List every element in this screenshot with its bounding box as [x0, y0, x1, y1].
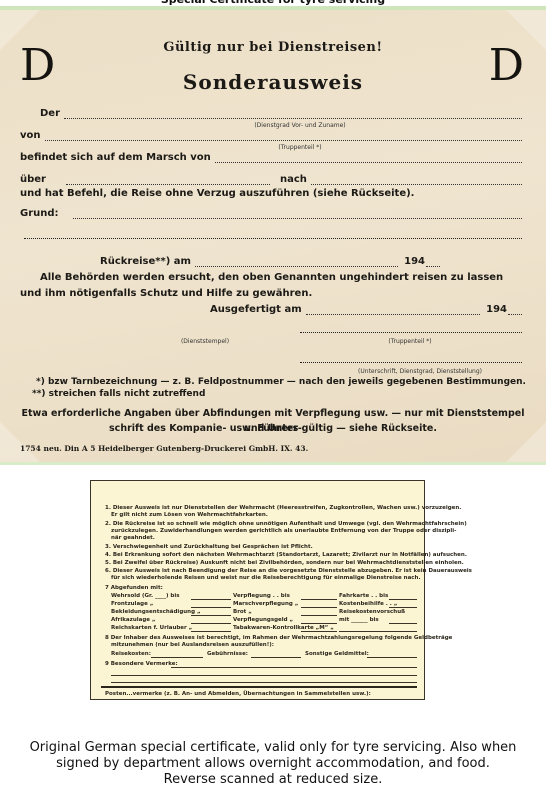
vermerke-input-3[interactable]: [111, 682, 417, 683]
field-rueckreise: Rückreise**) am 194: [100, 256, 440, 267]
gebuehrnisse-input[interactable]: [251, 657, 301, 658]
printer-text: neu. Din A 5 Heidelberger Gutenberg-Druc…: [44, 444, 309, 453]
rueckreise-year-input[interactable]: [426, 259, 440, 267]
ueber-label: über: [20, 174, 46, 185]
back-item-6-cont: für sich wiederholende Reisen und weist …: [111, 575, 421, 582]
validity-header: Gültig nur bei Dienstreisen!: [0, 40, 546, 55]
input-line[interactable]: [339, 631, 417, 632]
field-ausgefertigt: Ausgefertigt am 194: [210, 304, 522, 315]
signature-label: (Unterschrift, Dienstgrad, Dienststellun…: [320, 368, 520, 375]
request-text: Alle Behörden werden ersucht, den oben G…: [20, 270, 526, 302]
signature-input-line[interactable]: [300, 362, 522, 363]
input-line[interactable]: [301, 615, 337, 616]
input-line[interactable]: [191, 623, 231, 624]
gebuehrnisse-label: Gebührnisse:: [207, 651, 248, 658]
der-label: Der: [40, 108, 60, 119]
von-sublabel: (Truppenteil *): [230, 144, 370, 151]
input-line[interactable]: [301, 623, 337, 624]
input-line[interactable]: [301, 631, 337, 632]
caption-line-2: signed by department allows overnight ac…: [0, 756, 546, 772]
input-line[interactable]: [389, 599, 417, 600]
ausgefertigt-label: Ausgefertigt am: [210, 304, 302, 315]
certificate-back: 1. Dieser Ausweis ist nur Dienststellen …: [90, 480, 425, 700]
rueckreise-label: Rückreise**) am: [100, 256, 191, 267]
abgefunden-row-4-col-1: Afrikazulage „: [111, 617, 156, 624]
nach-input-line[interactable]: [311, 177, 522, 185]
grund-label: Grund:: [20, 208, 59, 219]
abgefunden-row-3-col-3: Reisekostenvorschuß: [339, 609, 405, 616]
printer-imprint: 1754 neu. Din A 5 Heidelberger Gutenberg…: [20, 444, 308, 453]
marsch-input-line[interactable]: [215, 155, 522, 163]
abgefunden-row-3-col-1: Bekleidungsentschädigung „: [111, 609, 201, 616]
field-marsch: befindet sich auf dem Marsch von: [20, 152, 522, 163]
abgefunden-row-3-col-2: Brot „: [233, 609, 252, 616]
bold-note-line-2: schrift des Kompanie- usw. Führers gülti…: [18, 421, 528, 436]
ueber-input-line[interactable]: [66, 177, 270, 185]
rueckreise-input-line[interactable]: [195, 259, 398, 267]
grund-input-line-2[interactable]: [24, 238, 522, 239]
back-item-2-cont2: när geahndet.: [111, 535, 155, 542]
caption-line-1: Original German special certificate, val…: [0, 740, 546, 756]
input-line[interactable]: [191, 615, 231, 616]
der-input-line[interactable]: [64, 111, 522, 119]
input-line[interactable]: [301, 599, 337, 600]
befehl-text: und hat Befehl, die Reise ohne Verzug au…: [20, 186, 414, 202]
input-line[interactable]: [191, 599, 231, 600]
section-8-text: 8 Der Inhaber des Ausweises ist berechti…: [105, 635, 452, 642]
section-9-label: 9 Besondere Vermerke:: [105, 661, 178, 668]
rueckreise-year: 194: [404, 256, 425, 267]
nach-label: nach: [280, 174, 307, 185]
ausgefertigt-year: 194: [486, 304, 507, 315]
footnote-1: *) bzw Tarnbezeichnung — z. B. Feldpostn…: [36, 376, 526, 388]
caption-line-3: Reverse scanned at reduced size.: [0, 772, 546, 788]
printer-number: 1754: [20, 444, 41, 453]
marsch-label: befindet sich auf dem Marsch von: [20, 152, 211, 163]
back-item-2-cont: zurückzulegen. Zuwiderhandlungen werden …: [111, 528, 456, 535]
certificate-front: D D Gültig nur bei Dienstreisen! Sondera…: [0, 10, 546, 465]
abgefunden-row-2-col-2: Marschverpflegung „: [233, 601, 298, 608]
field-ueber: über: [20, 174, 270, 185]
abgefunden-row-4-col-2: Verpflegungsgeld „: [233, 617, 293, 624]
back-item-6: 6. Dieser Ausweis ist nach Beendigung de…: [105, 568, 472, 575]
von-label: von: [20, 130, 41, 141]
input-line[interactable]: [191, 631, 231, 632]
back-footer-text: Posten...vermerke (z. B. An- und Abmelde…: [105, 691, 371, 698]
field-von: von: [20, 130, 522, 141]
back-item-2: 2. Die Rückreise ist so schnell wie mögl…: [105, 521, 467, 528]
back-item-4: 4. Bei Erkrankung sofort den nächsten We…: [105, 552, 467, 559]
field-grund: Grund:: [20, 208, 522, 219]
abgefunden-row-4-col-3: mit ______ bis: [339, 617, 379, 624]
reisekosten-input[interactable]: [151, 657, 203, 658]
back-item-3: 3. Verschwiegenheit und Zurückhaltung be…: [105, 544, 313, 551]
field-nach: nach: [280, 174, 522, 185]
reisekosten-label: Reisekosten:: [111, 651, 151, 658]
abgefunden-row-2-col-1: Frontzulage „: [111, 601, 153, 608]
section-8-text-cont: mitzunehmen (nur bei Auslandsreisen ausz…: [111, 642, 274, 649]
unit-label: (Truppenteil *): [360, 338, 460, 345]
abgefunden-row-1-col-3: Fahrkarte . . bis: [339, 593, 388, 600]
input-line[interactable]: [389, 623, 417, 624]
footnote-2: **) streichen falls nicht zutreffend: [32, 388, 205, 400]
stamp-label: (Dienststempel): [150, 338, 260, 345]
geldmittel-label: Sonstige Geldmittel:: [305, 651, 369, 658]
image-caption: Original German special certificate, val…: [0, 740, 546, 788]
unit-input-line[interactable]: [300, 332, 522, 333]
certificate-title: Sonderausweis: [0, 70, 546, 94]
grund-input-line[interactable]: [73, 211, 522, 219]
input-line[interactable]: [191, 607, 231, 608]
input-line[interactable]: [301, 607, 337, 608]
ausgefertigt-year-input[interactable]: [508, 307, 522, 315]
der-sublabel: (Dienstgrad Vor- und Zuname): [200, 122, 400, 129]
abgefunden-row-1-col-2: Verpflegung . . bis: [233, 593, 290, 600]
von-input-line[interactable]: [45, 133, 522, 141]
abgefunden-row-5-col-1: Reichskarten f. Urlauber „: [111, 625, 192, 632]
vermerke-input-2[interactable]: [111, 675, 417, 676]
input-line[interactable]: [389, 607, 417, 608]
back-item-5: 5. Bei Zweifel über Rückreise) Auskunft …: [105, 560, 464, 567]
abgefunden-row-1-col-1: Wehrsold (Gr. ____) bis: [111, 593, 180, 600]
divider: [101, 686, 417, 688]
section-7-title: 7 Abgefunden mit:: [105, 585, 163, 592]
vermerke-input-1[interactable]: [171, 667, 417, 668]
field-der: Der: [40, 108, 522, 119]
geldmittel-input[interactable]: [367, 657, 417, 658]
back-item-1: 1. Dieser Ausweis ist nur Dienststellen …: [105, 505, 461, 512]
ausgefertigt-input-line[interactable]: [306, 307, 481, 315]
back-item-1-cont: Er gilt nicht zum Lösen von Wehrmachtfah…: [111, 512, 268, 519]
